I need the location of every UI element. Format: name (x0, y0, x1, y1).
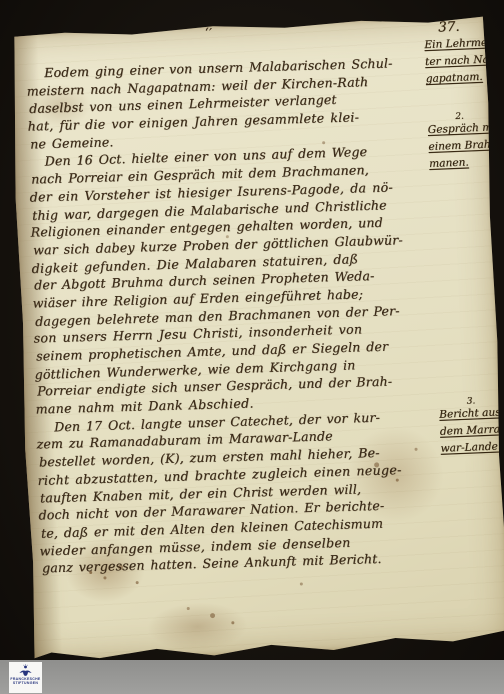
margin-note-bericht: 3. Bericht aus dem Marra- war-Lande. (439, 396, 503, 457)
margin-note-line: einem Brah- (428, 137, 491, 156)
manuscript-text: Eodem ging einer von unsern Malabarische… (26, 53, 444, 577)
ink-flourish (202, 25, 212, 42)
archive-stamp: FRANCKESCHE STIFTUNGEN (9, 662, 42, 693)
foxing-stain (147, 601, 249, 653)
eagle-sun-icon (18, 664, 33, 677)
margin-note-line: gapatnam. (425, 69, 488, 88)
margin-note-gespraech: 2. Gespräch mit einem Brah- manen. (427, 112, 491, 173)
scanner-strip (0, 660, 504, 694)
margin-note-line: manen. (429, 154, 492, 173)
scan-background: 37. Eodem ging einer von unsern Malabari… (0, 0, 504, 694)
margin-note-line: war-Lande. (440, 438, 503, 457)
manuscript-page: 37. Eodem ging einer von unsern Malabari… (8, 15, 504, 664)
margin-note-lehrmeister: Ein Lehrmeis- ter nach Na- gapatnam. (424, 27, 488, 88)
stamp-text-line: STIFTUNGEN (13, 681, 38, 685)
